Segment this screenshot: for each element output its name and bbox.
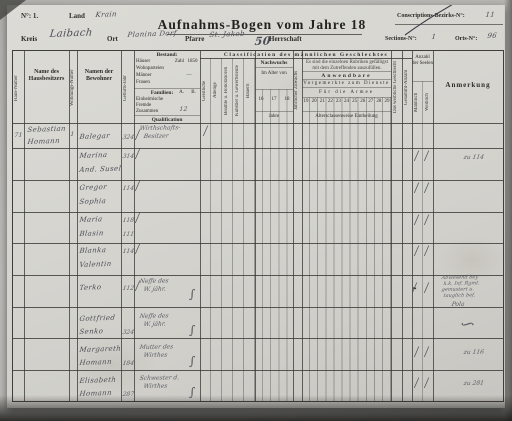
col-bewohner: Namen der Bewohner: [79, 69, 119, 83]
familien-col-a: A.: [176, 90, 187, 96]
age-class: 28: [375, 99, 383, 105]
quali-flourish: ∫: [189, 354, 195, 368]
scanned-document: N°: 1. Land Krain Aufnahms-Bogen vom Jah…: [0, 0, 512, 421]
weiblich-tick: ∕: [424, 345, 428, 360]
age-class: 27: [367, 99, 375, 105]
bestand-col-zahl: Zahl: [173, 59, 186, 65]
maennlich-tick: ∕: [414, 213, 418, 228]
edge-shadow-bottom: [0, 395, 512, 421]
col-divider: [402, 51, 403, 401]
bestand-row-wohnparteien: Wohnparteien: [136, 66, 176, 72]
nachwuchs-label: Nachwuchs: [255, 60, 293, 66]
pfarre-value: St. Jakob: [209, 30, 245, 39]
paper-sheet: N°: 1. Land Krain Aufnahms-Bogen vom Jah…: [7, 5, 505, 408]
nachwuchs-subcolumns: [255, 89, 294, 401]
kreis-label: Kreis: [21, 35, 37, 43]
anmerkung-entry: zu 114: [463, 154, 484, 161]
bewohner-name: And. Susel: [79, 165, 122, 174]
class-col-bauern: Bauern: [246, 60, 254, 121]
geburtsjahr-value: 111: [122, 231, 135, 238]
instruction-text: Es sind die einzelnen Rubriken gefälligs…: [303, 60, 391, 71]
age-class: 29: [383, 99, 391, 105]
anw-rule3: [302, 87, 391, 88]
census-table: Haus-Numer Name des Hausbesitzers Wohnun…: [12, 50, 504, 402]
edge-shadow-right: [504, 0, 512, 421]
geburtsjahr-value: 184: [122, 360, 135, 367]
geburtsjahr-value: 118: [122, 217, 135, 224]
bewohner-name: Senko: [79, 327, 104, 336]
qualification-entry: Wirthschafts-: [139, 124, 181, 132]
weiblich-tick: ∕: [424, 213, 428, 228]
page-title: Aufnahms-Bogen vom Jahre 1850: [157, 17, 367, 49]
land-label: Land: [69, 12, 85, 20]
age-class: 23: [334, 99, 342, 105]
quali-flourish: ∫: [189, 323, 195, 337]
group-sep: [13, 370, 503, 371]
anmerkung-entry: zu 281: [463, 380, 484, 387]
entry-tick: ∕: [135, 179, 139, 194]
header-bottom-rule: [13, 123, 503, 124]
anmerkung-entry: zu 116: [463, 349, 484, 356]
haus-nr-value: 71: [14, 132, 23, 139]
geburtsjahr-value: 324: [122, 329, 135, 336]
ageclass-subcolumns: [302, 97, 392, 401]
class-col-beamte: Beamte u. Honoratioren: [224, 60, 232, 121]
weiblich-tick: ∕: [424, 181, 428, 196]
pen-stroke: [397, 5, 467, 37]
age-class: 21: [318, 99, 326, 105]
class-col-gewerbsleute: Künstler u. Gewerbsleute: [235, 60, 243, 121]
entry-tick: ∕: [135, 147, 139, 162]
qualification-entry: Neffe des: [139, 277, 169, 285]
weiblich-subcol: Weiblich: [425, 84, 431, 120]
col-hausbesitzer: Name des Hausbesitzers: [26, 69, 67, 83]
col-haus-numer: Haus-Numer: [14, 57, 23, 119]
nachwuchs-jahre: Jahre: [255, 114, 293, 120]
nachwuchs-age-18: 18: [281, 97, 293, 103]
col-geburts-jahr: Geburts-Jahr: [123, 57, 132, 119]
bewohner-name: Marina: [79, 151, 108, 160]
maennlich-subcol: Männlich: [414, 84, 420, 120]
bewohner-name: Blasin: [79, 229, 104, 238]
col-divider: [412, 51, 413, 401]
besitzer-name-2: Homann: [27, 137, 60, 146]
qualification-entry: Besitzer: [143, 133, 169, 140]
age-class-row: 19 20 21 22 23 24 25 26 27 28 29: [302, 99, 391, 105]
herrschaft-label: Herrschaft: [269, 35, 302, 43]
bewohner-name: Gottfried: [79, 314, 116, 323]
quali-flourish: ∫: [189, 287, 195, 301]
qualification-entry: Schwester d.: [139, 374, 180, 382]
maennlich-tick: ∕: [414, 244, 418, 259]
bestand-row-frauen: Frauen: [136, 80, 176, 86]
qualification-entry: Wirthes: [143, 383, 168, 390]
maennlich-tick-struck: ∕: [412, 281, 416, 296]
nachwuchs-rule: [255, 67, 293, 68]
qualification-entry: Mutter des: [139, 343, 174, 351]
seelen-rule: [412, 81, 433, 82]
maennlich-tick: ∕: [414, 345, 418, 360]
anmerkung-label: Anmerkung: [433, 81, 503, 89]
land-value: Krain: [95, 10, 117, 19]
nachwuchs-rule2: [255, 89, 293, 90]
absent-note: tauglich bef.: [443, 293, 476, 299]
col-divider: [24, 51, 25, 401]
col-divider: [433, 51, 434, 401]
group-sep: [13, 275, 503, 276]
age-class: 19: [302, 99, 310, 105]
orts-label: Orts-N°:: [455, 36, 477, 43]
familien-value: 12: [179, 106, 188, 113]
bewohner-name: Maria: [79, 215, 103, 224]
qualification-entry: W. jähr.: [143, 286, 166, 293]
sections-label: Sections-N°:: [385, 36, 417, 43]
col-divider: [77, 51, 78, 401]
qualification-entry: Wirthes: [143, 352, 168, 359]
weiblich-tick: ∕: [424, 244, 428, 259]
qualification-label: Qualification: [134, 117, 200, 123]
geburtsjahr-value: 324: [122, 134, 135, 141]
bewohner-name: Gregor: [79, 183, 107, 192]
gesammt-anzahl-col: Gesammt-Anzahl: [404, 54, 411, 121]
group-sep: [13, 180, 503, 181]
kreis-value: Laibach: [49, 27, 93, 40]
col-wohnungs-numer: Wohnungs-Numer: [70, 57, 76, 119]
geburtsjahr-value: 112: [122, 285, 135, 292]
vorgemerkte-label: Vorgemerkte zum Dienste: [302, 81, 391, 87]
zuwachs-col: Jährlicher Zuwachs: [294, 60, 301, 121]
group-sep: [13, 243, 503, 244]
bewohner-name: Valentin: [79, 260, 112, 269]
group-sep: [13, 338, 503, 339]
bestand-row-maenner: Männer: [136, 73, 176, 79]
bewohner-name: Blanka: [79, 246, 107, 255]
age-class: 20: [310, 99, 318, 105]
familien-row-2: Fremde: [136, 103, 176, 109]
anmerkung-entry: Pola: [451, 301, 465, 308]
anw-rule5: [302, 111, 391, 112]
maennlich-tick: ∕: [414, 149, 418, 164]
seelen-subdivider: [422, 81, 423, 401]
fuer-armee-label: Für die Armee: [302, 90, 391, 96]
class-col-adelige: Adelige: [213, 60, 221, 121]
corner-shadow: [0, 0, 26, 20]
anw-rule4: [302, 97, 391, 98]
classification-rule: [200, 58, 412, 59]
classification-title: Classification des männlichen Geschlecht…: [200, 52, 412, 58]
geburtsjahr-value: 114: [122, 185, 135, 192]
bewohner-name: Sophia: [79, 197, 107, 206]
maennlich-tick: ∕: [414, 376, 418, 391]
group-sep: [13, 307, 503, 308]
besitzer-name-1: Sebastian: [27, 125, 66, 134]
bestand-col-1850: 1850: [186, 59, 199, 65]
nachwuchs-age-16: 16: [255, 97, 267, 103]
anw-rule2: [302, 79, 391, 80]
bewohner-name: Homann: [79, 358, 112, 367]
qualification-entry: Neffe des: [139, 312, 169, 320]
class-col-geistliche: Geistliche: [202, 60, 210, 121]
geburtsjahr-value: 314: [122, 153, 135, 160]
group-sep: [13, 148, 503, 149]
bestand-row-haeuser: Häuser: [136, 59, 176, 65]
orts-value: 96: [487, 32, 498, 40]
bewohner-name: Elisabeth: [79, 376, 117, 385]
bestand-divider: [134, 88, 200, 89]
anwendbare-label: Anwendbare: [302, 73, 391, 79]
maennlich-tick: ∕: [414, 181, 418, 196]
weiblich-tick: ∕: [424, 281, 428, 296]
nachwuchs-imalter: Im Alter von: [256, 71, 292, 77]
qualification-entry: W. jähr.: [143, 321, 166, 328]
nachwuchs-rule3: [255, 111, 293, 112]
age-class: 25: [351, 99, 359, 105]
bewohner-name: Margareth: [79, 345, 122, 354]
entry-tick: ∕: [135, 242, 139, 257]
familien-row-1: Einheimische: [136, 97, 176, 103]
nachwuchs-age-17: 17: [268, 97, 280, 103]
pfarre-label: Pfarre: [185, 35, 204, 43]
wohnung-value: 1: [70, 131, 75, 138]
weiblich-tick: ∕: [424, 149, 428, 164]
familien-col-b: B.: [188, 90, 199, 96]
bewohner-name: Terko: [79, 283, 102, 292]
weiblich-geschlecht-col: Das weibliche Geschlecht: [393, 54, 401, 121]
entry-tick: ∕: [135, 211, 139, 226]
seelen-box-label: Anzahl der Seelen: [412, 55, 433, 66]
bestand-dash: —: [179, 73, 199, 79]
ort-label: Ort: [107, 35, 118, 43]
familien-row-3: Zusammen: [136, 109, 176, 115]
weiblich-tick: ∕: [424, 376, 428, 391]
age-class: 26: [359, 99, 367, 105]
anmerkung-flourish: ∫: [460, 319, 475, 330]
geburtsjahr-value: 114: [122, 248, 135, 255]
eintheilung-label: Altersclassenweise Eintheilung: [302, 114, 391, 120]
bestand-label: Bestand:: [134, 52, 200, 58]
conscription-value: 11: [485, 11, 496, 19]
age-class: 22: [326, 99, 334, 105]
age-class: 24: [342, 99, 350, 105]
bewohner-name: Balegar: [79, 132, 110, 141]
group-sep: [13, 212, 503, 213]
